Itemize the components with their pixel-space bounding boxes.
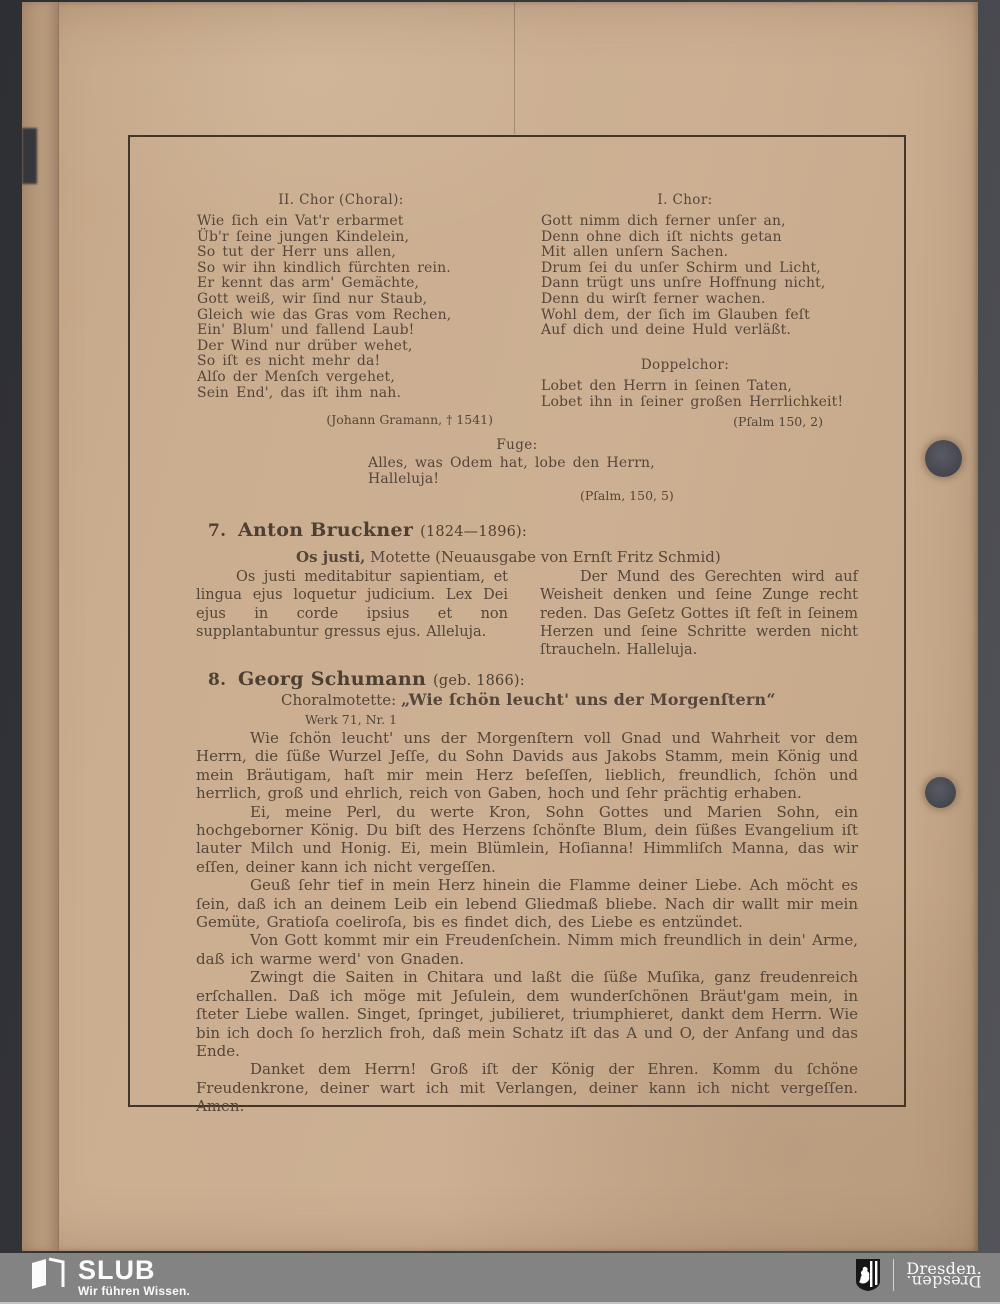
- punch-hole-bottom: [925, 777, 956, 808]
- slub-logo[interactable]: SLUB Wir führen Wissen.: [30, 1257, 190, 1298]
- dresden-coat-of-arms-icon: [855, 1258, 881, 1292]
- item7-latin-paragraph: Os justi meditabitur sapientiam, et ling…: [196, 568, 508, 641]
- dresden-name-mirrored: Dresden.: [906, 1275, 982, 1288]
- item8-work-label: Choralmotette:: [281, 691, 401, 709]
- item8-paragraph-1: Wie ſchön leucht' uns der Morgenſtern vo…: [196, 729, 858, 803]
- item8-composer: Georg Schumann: [238, 668, 426, 690]
- doppelchor-poem: Lobet den Herrn in ſeinen Taten, Lobet i…: [541, 379, 861, 410]
- item8-paragraph-2: Ei, meine Perl, du werte Kron, Sohn Gott…: [196, 803, 858, 877]
- item7-dates: (1824—1896):: [420, 524, 527, 540]
- item7-work-bold: Os justi,: [296, 548, 365, 566]
- chor2-author-caption: (Johann Gramann, † 1541): [197, 412, 493, 427]
- item7-german-text: Der Mund des Gerechten wird auf Weisheit…: [540, 568, 858, 659]
- item7-work-rest: Motette (Neuausgabe von Ernſt Fritz Schm…: [365, 548, 720, 566]
- item8-body-text: Wie ſchön leucht' uns der Morgenſtern vo…: [196, 729, 858, 1116]
- dresden-wordmark: Dresden. Dresden.: [906, 1262, 982, 1288]
- viewer-footer-bar: SLUB Wir führen Wissen. Dresden. Dresden…: [0, 1253, 1000, 1304]
- item8-paragraph-4: Von Gott kommt mir ein Freudenſchein. Ni…: [196, 931, 858, 968]
- item8-work-title: Choralmotette: „Wie ſchön leucht' uns de…: [281, 690, 776, 709]
- chor1-heading: I. Chor:: [540, 192, 830, 208]
- scan-viewer: II. Chor (Choral): Wie ſich ein Vat'r er…: [0, 0, 1000, 1304]
- item8-paragraph-3: Geuß ſehr tief in mein Herz hinein die F…: [196, 876, 858, 931]
- fuge-heading: Fuge:: [130, 437, 904, 453]
- chor1-poem: Gott nimm dich ferner unſer an, Denn ohn…: [541, 214, 861, 339]
- item7-latin-text: Os justi meditabitur sapientiam, et ling…: [196, 568, 508, 641]
- doppelchor-psalm-caption: (Pſalm 150, 2): [541, 414, 823, 429]
- chor2-poem: Wie ſich ein Vat'r erbarmet Üb'r ſeine j…: [197, 214, 497, 401]
- dresden-logo-divider: [893, 1259, 894, 1291]
- paper-crease: [514, 2, 515, 134]
- item7-work-title: Os justi, Motette (Neuausgabe von Ernſt …: [296, 548, 721, 566]
- chor2-heading: II. Chor (Choral):: [196, 192, 486, 208]
- slub-book-icon: [30, 1257, 66, 1291]
- slub-tagline: Wir führen Wissen.: [78, 1284, 190, 1298]
- item8-work-name: „Wie ſchön leucht' uns der Morgenſtern“: [401, 690, 776, 709]
- item8-number: 8.: [208, 670, 238, 690]
- fuge-poem: Alles, was Odem hat, lobe den Herrn, Hal…: [368, 456, 698, 487]
- item7-german-paragraph: Der Mund des Gerechten wird auf Weisheit…: [540, 568, 858, 659]
- page-gutter-edge: [22, 2, 59, 1251]
- item8-werk-number: Werk 71, Nr. 1: [305, 712, 397, 727]
- dresden-logo[interactable]: Dresden. Dresden.: [855, 1258, 982, 1292]
- item8-paragraph-5: Zwingt die Saiten in Chitara und laßt di…: [196, 968, 858, 1060]
- punch-hole-top: [925, 440, 962, 477]
- paper-corner-notch: [22, 128, 37, 184]
- slub-wordmark: SLUB Wir führen Wissen.: [78, 1257, 190, 1298]
- item7-heading: 7.Anton Bruckner (1824—1896):: [208, 519, 527, 541]
- slub-name: SLUB: [78, 1257, 190, 1283]
- fuge-psalm-caption: (Pſalm, 150, 5): [580, 488, 674, 503]
- item8-paragraph-6: Danket dem Herrn! Groß iſt der König der…: [196, 1060, 858, 1115]
- doppelchor-heading: Doppelchor:: [540, 357, 830, 373]
- item8-dates: (geb. 1866):: [433, 673, 525, 689]
- item7-composer: Anton Bruckner: [238, 519, 413, 541]
- item7-number: 7.: [208, 521, 238, 541]
- item8-heading: 8.Georg Schumann (geb. 1866):: [208, 668, 525, 690]
